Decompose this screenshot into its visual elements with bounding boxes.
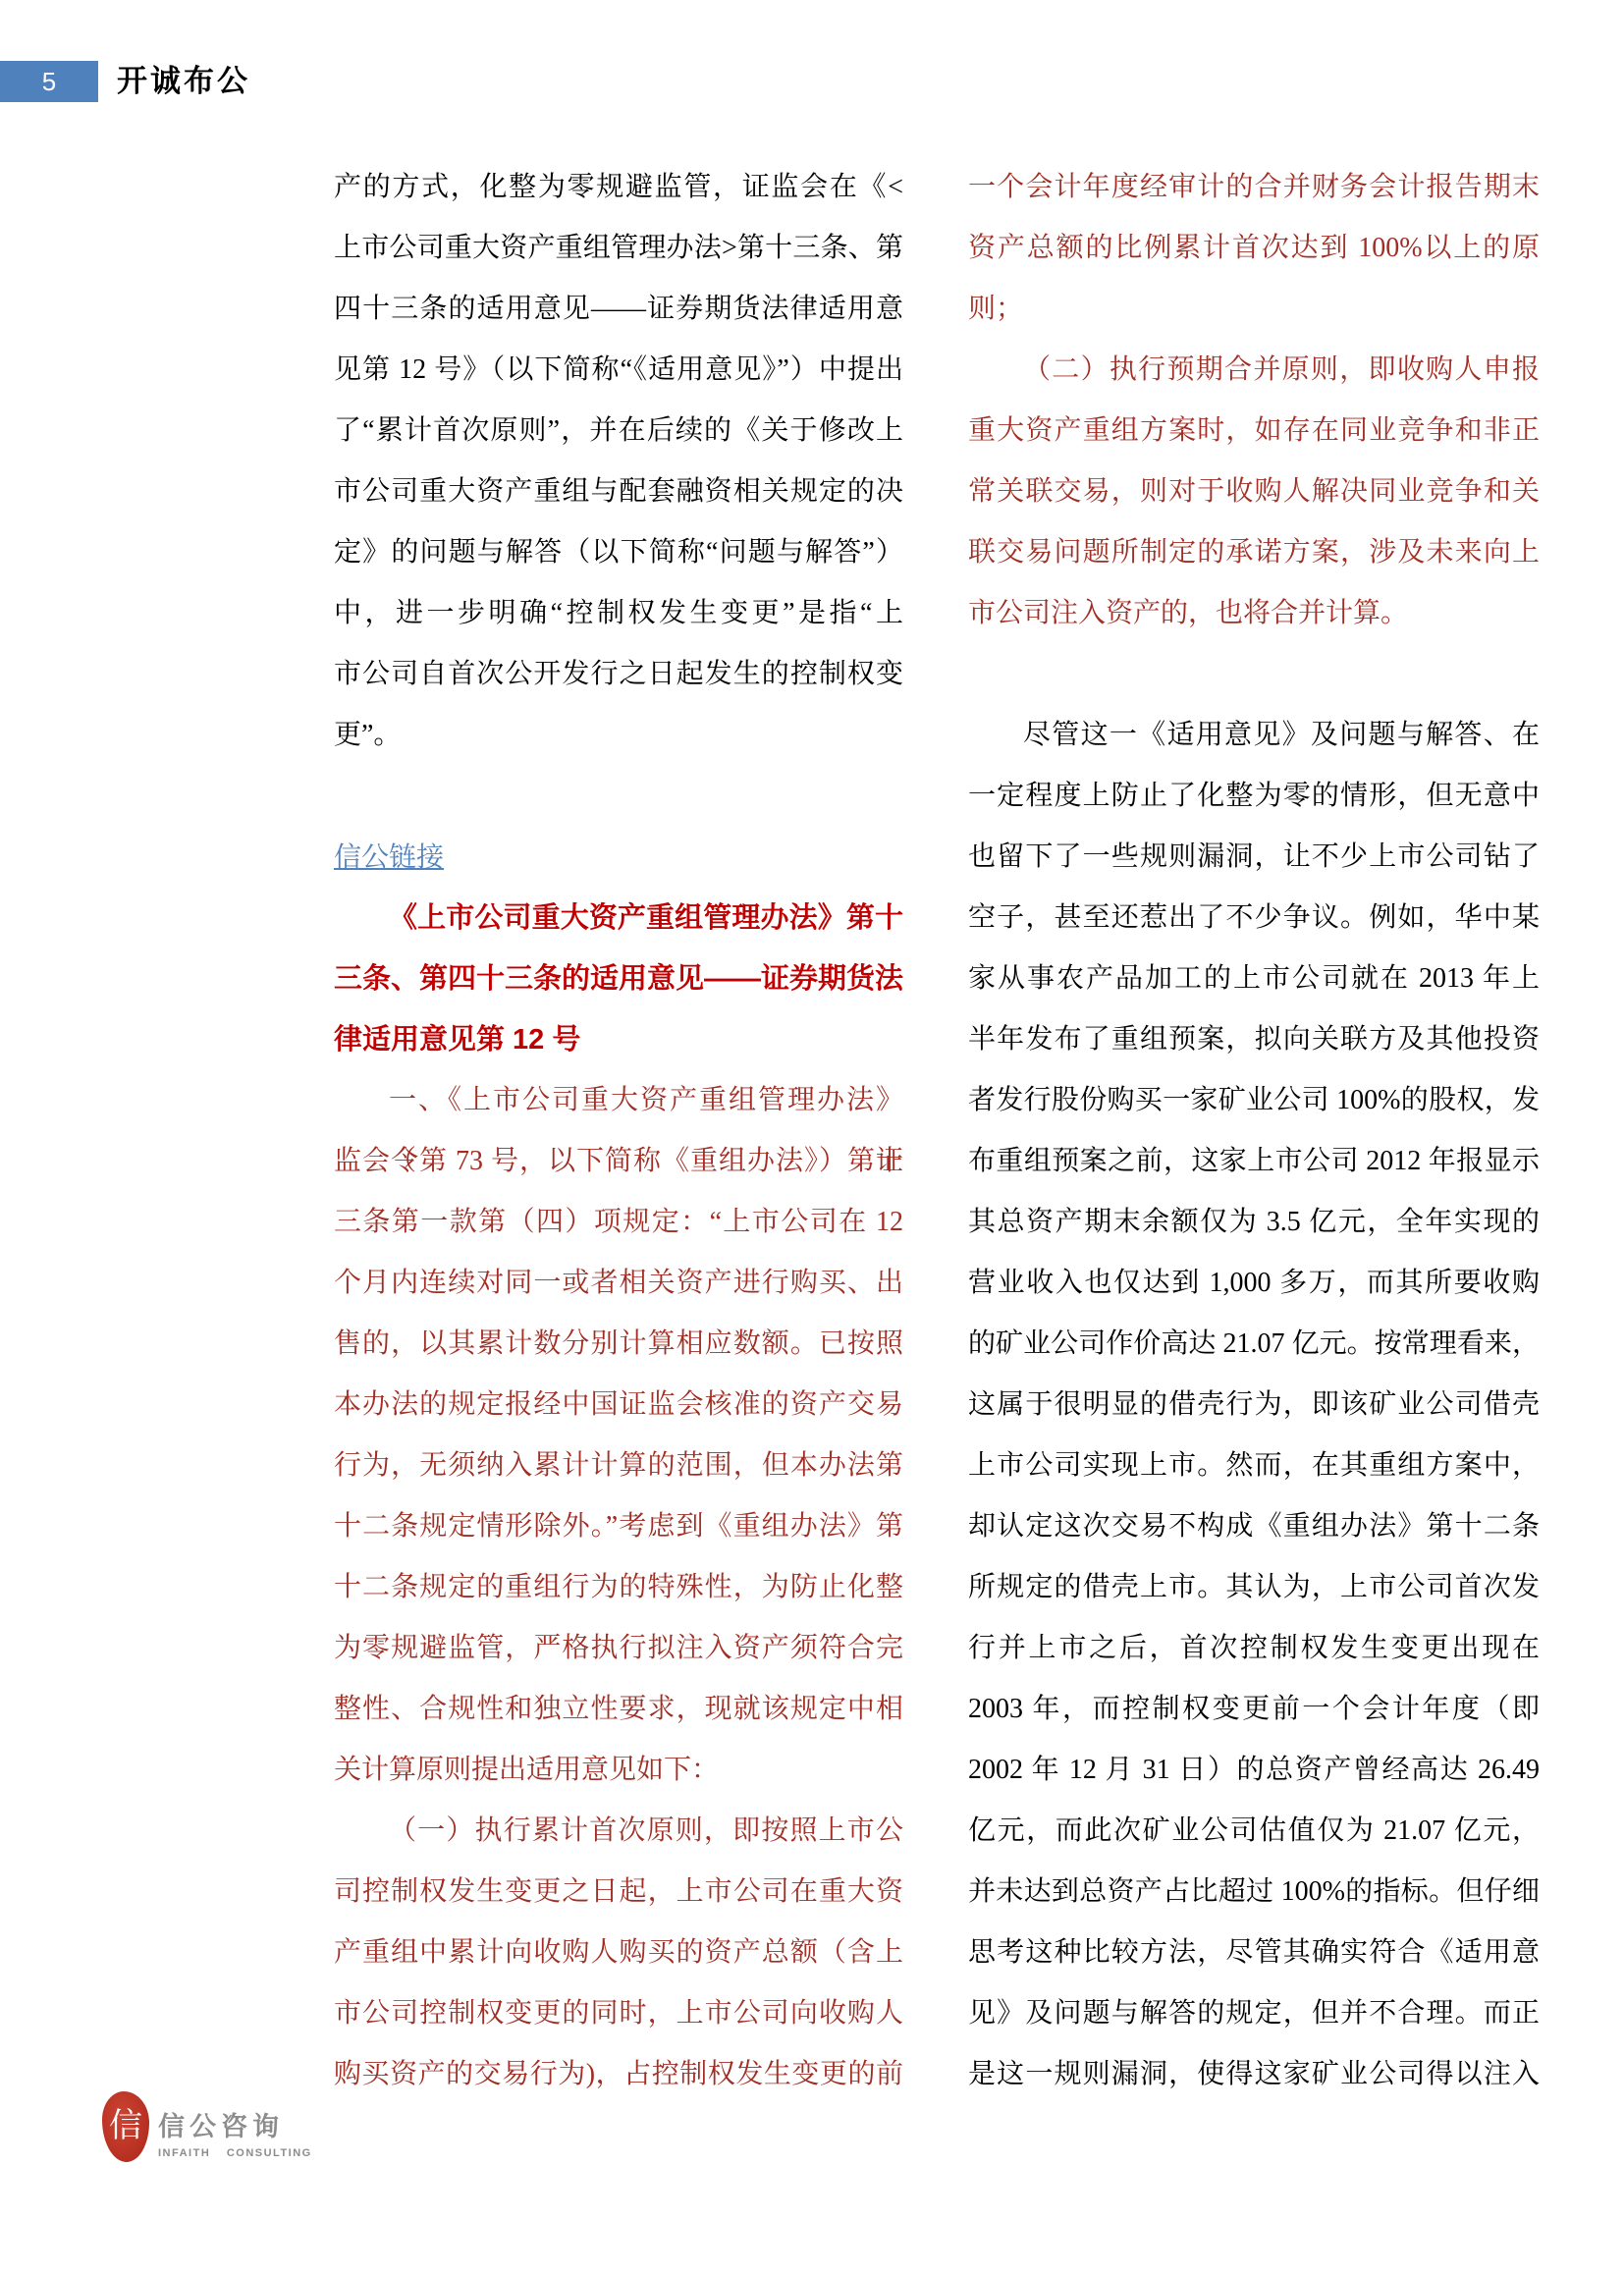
text-line: 却认定这次交易不构成《重组办法》第十二条 — [968, 1496, 1540, 1557]
document-page: 5 开诚布公 产的方式，化整为零规避监管，证监会在《<上市公司重大资产重组管理办… — [0, 0, 1624, 2274]
text-line: 产重组中累计向收购人购买的资产总额（含上 — [334, 1922, 903, 1983]
text-line: 家从事农产品加工的上市公司就在 2013 年上 — [968, 948, 1540, 1009]
text-line: 重大资产重组方案时，如存在同业竞争和非正 — [968, 401, 1540, 461]
text-line: 其总资产期末余额仅为 3.5 亿元，全年实现的 — [968, 1192, 1540, 1253]
text-line: 者发行股份购买一家矿业公司 100%的股权，发 — [968, 1070, 1540, 1131]
text-line: 《上市公司重大资产重组管理办法》第十 — [334, 888, 903, 948]
text-line: 见》及问题与解答的规定，但并不合理。而正 — [968, 1983, 1540, 2044]
text-line: 资产总额的比例累计首次达到 100%以上的原 — [968, 218, 1540, 279]
text-line: 行并上市之后，首次控制权发生变更出现在 — [968, 1618, 1540, 1679]
text-line: 关计算原则提出适用意见如下： — [334, 1740, 903, 1801]
text-line: 2002 年 12 月 31 日）的总资产曾经高达 26.49 — [968, 1740, 1540, 1801]
text-line: 一个会计年度经审计的合并财务会计报告期末 — [968, 157, 1540, 218]
blank-line — [334, 766, 903, 827]
infaith-link[interactable]: 信公链接 — [334, 827, 903, 888]
text-line: 更”。 — [334, 705, 903, 766]
logo-seal-char: 信 — [109, 2108, 142, 2144]
text-line: 见第 12 号》（以下简称“《适用意见》”）中提出 — [334, 340, 903, 401]
text-line: 尽管这一《适用意见》及问题与解答、在 — [968, 705, 1540, 766]
text-line: 个月内连续对同一或者相关资产进行购买、出 — [334, 1253, 903, 1314]
text-line: 市公司自首次公开发行之日起发生的控制权变 — [334, 644, 903, 705]
article-column-left: 产的方式，化整为零规避监管，证监会在《<上市公司重大资产重组管理办法>第十三条、… — [334, 157, 903, 2105]
blank-line — [968, 644, 1540, 705]
text-line: 司控制权发生变更之日起，上市公司在重大资 — [334, 1862, 903, 1922]
logo-seal-icon: 信 — [102, 2091, 149, 2162]
text-line: 市公司重大资产重组与配套融资相关规定的决 — [334, 461, 903, 522]
text-line: 整性、合规性和独立性要求，现就该规定中相 — [334, 1679, 903, 1740]
text-line: 本办法的规定报经中国证监会核准的资产交易 — [334, 1375, 903, 1435]
text-line: （一）执行累计首次原则，即按照上市公 — [334, 1801, 903, 1862]
text-line: 四十三条的适用意见——证券期货法律适用意 — [334, 279, 903, 340]
text-line: 并未达到总资产占比超过 100%的指标。但仔细 — [968, 1862, 1540, 1922]
logo-name-en: INFAITH CONSULTING — [158, 2147, 312, 2159]
text-line: 所规定的借壳上市。其认为，上市公司首次发 — [968, 1557, 1540, 1618]
text-line: 为零规避监管，严格执行拟注入资产须符合完 — [334, 1618, 903, 1679]
text-line: 也留下了一些规则漏洞，让不少上市公司钻了 — [968, 827, 1540, 888]
text-line: 布重组预案之前，这家上市公司 2012 年报显示 — [968, 1131, 1540, 1192]
text-line: 是这一规则漏洞，使得这家矿业公司得以注入 — [968, 2044, 1540, 2105]
text-line: 营业收入也仅达到 1,000 多万，而其所要收购 — [968, 1253, 1540, 1314]
page-number-badge: 5 — [0, 61, 98, 102]
text-line: 市公司控制权变更的同时，上市公司向收购人 — [334, 1983, 903, 2044]
text-line: 思考这种比较方法，尽管其确实符合《适用意 — [968, 1922, 1540, 1983]
text-line: 常关联交易，则对于收购人解决同业竞争和关 — [968, 461, 1540, 522]
text-line: 十二条规定情形除外。”考虑到《重组办法》第 — [334, 1496, 903, 1557]
infaith-logo: 信 信公咨询 INFAITH CONSULTING — [102, 2091, 312, 2162]
text-line: 三条第一款第（四）项规定：“上市公司在 12 — [334, 1192, 903, 1253]
text-line: 则； — [968, 279, 1540, 340]
text-line: 中，进一步明确“控制权发生变更”是指“上 — [334, 583, 903, 644]
text-line: 2003 年，而控制权变更前一个会计年度（即 — [968, 1679, 1540, 1740]
text-line: 这属于很明显的借壳行为，即该矿业公司借壳 — [968, 1375, 1540, 1435]
text-line: 上市公司重大资产重组管理办法>第十三条、第 — [334, 218, 903, 279]
article-column-right: 一个会计年度经审计的合并财务会计报告期末资产总额的比例累计首次达到 100%以上… — [968, 157, 1540, 2105]
logo-text: 信公咨询 INFAITH CONSULTING — [158, 2091, 312, 2159]
text-line: 一定程度上防止了化整为零的情形，但无意中 — [968, 766, 1540, 827]
text-line: 三条、第四十三条的适用意见——证券期货法 — [334, 948, 903, 1009]
text-line: 亿元，而此次矿业公司估值仅为 21.07 亿元， — [968, 1801, 1540, 1862]
text-line: 定》的问题与解答（以下简称“问题与解答”） — [334, 522, 903, 583]
logo-name-cn: 信公咨询 — [158, 2105, 312, 2143]
text-line: 联交易问题所制定的承诺方案，涉及未来向上 — [968, 522, 1540, 583]
text-line: 十二条规定的重组行为的特殊性，为防止化整 — [334, 1557, 903, 1618]
text-line: 行为，无须纳入累计计算的范围，但本办法第 — [334, 1435, 903, 1496]
text-line: （二）执行预期合并原则，即收购人申报 — [968, 340, 1540, 401]
text-line: 监会令第 73 号，以下简称《重组办法》）第十 — [334, 1131, 903, 1192]
text-line: 律适用意见第 12 号 — [334, 1009, 903, 1070]
section-title: 开诚布公 — [117, 61, 250, 102]
text-line: 了“累计首次原则”，并在后续的《关于修改上 — [334, 401, 903, 461]
text-line: 半年发布了重组预案，拟向关联方及其他投资 — [968, 1009, 1540, 1070]
text-line: 产的方式，化整为零规避监管，证监会在《< — [334, 157, 903, 218]
text-line: 的矿业公司作价高达 21.07 亿元。按常理看来， — [968, 1314, 1540, 1375]
text-line: 购买资产的交易行为)，占控制权发生变更的前 — [334, 2044, 903, 2105]
text-line: 售的，以其累计数分别计算相应数额。已按照 — [334, 1314, 903, 1375]
text-line: 空子，甚至还惹出了不少争议。例如，华中某 — [968, 888, 1540, 948]
text-line: 一、《上市公司重大资产重组管理办法》（证 — [334, 1070, 903, 1131]
text-line: 市公司注入资产的，也将合并计算。 — [968, 583, 1540, 644]
text-line: 上市公司实现上市。然而，在其重组方案中， — [968, 1435, 1540, 1496]
